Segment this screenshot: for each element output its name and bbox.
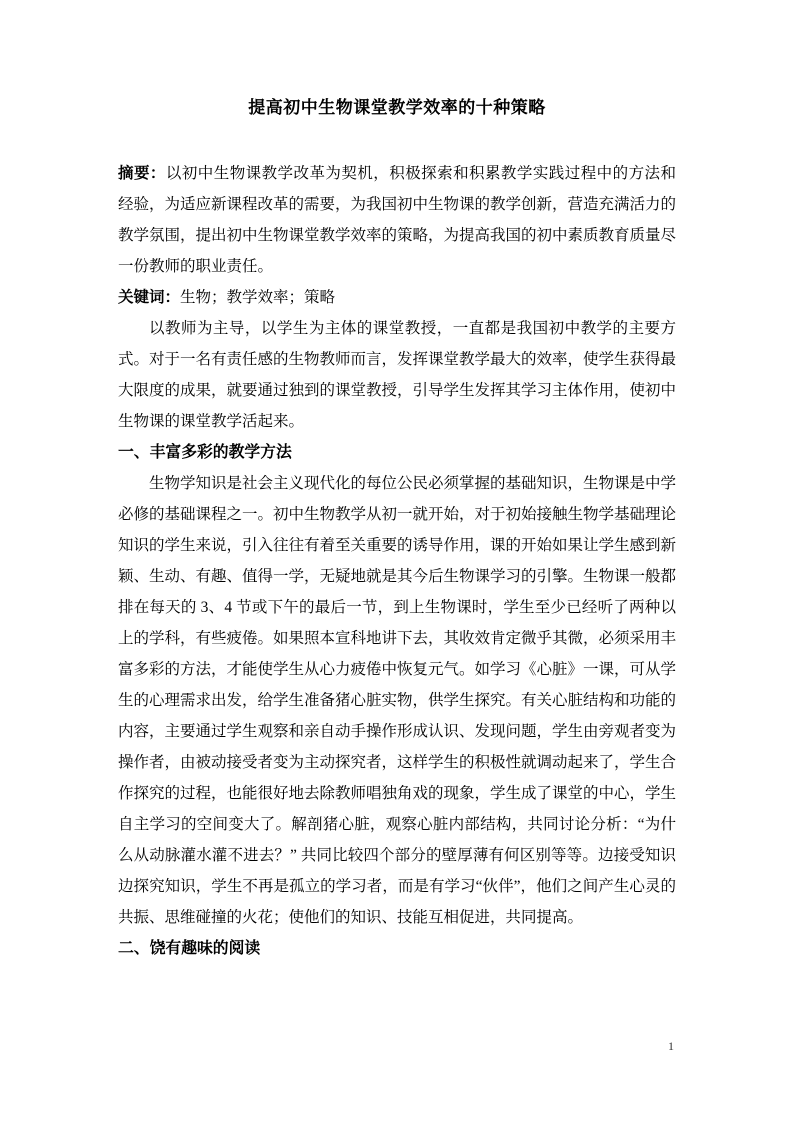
paragraph-lead: 摘要： [118,165,166,182]
paragraph: 以教师为主导，以学生为主体的课堂教授，一直都是我国初中教学的主要方式。对于一名有… [118,313,676,437]
page-title: 提高初中生物课堂教学效率的十种策略 [118,94,676,122]
paragraph: 生物学知识是社会主义现代化的每位公民必须掌握的基础知识，生物课是中学必修的基础课… [118,468,676,933]
section-heading: 一、丰富多彩的教学方法 [118,437,676,468]
paragraph-lead: 关键词： [118,289,180,306]
document-body: 摘要：以初中生物课教学改革为契机，积极探索和积累教学实践过程中的方法和经验，为适… [118,158,676,964]
document-page: 提高初中生物课堂教学效率的十种策略 摘要：以初中生物课教学改革为契机，积极探索和… [0,0,793,1122]
paragraph: 关键词：生物；教学效率；策略 [118,282,676,313]
page-number: 1 [668,1038,674,1054]
paragraph: 摘要：以初中生物课教学改革为契机，积极探索和积累教学实践过程中的方法和经验，为适… [118,158,676,282]
section-heading: 二、饶有趣味的阅读 [118,933,676,964]
